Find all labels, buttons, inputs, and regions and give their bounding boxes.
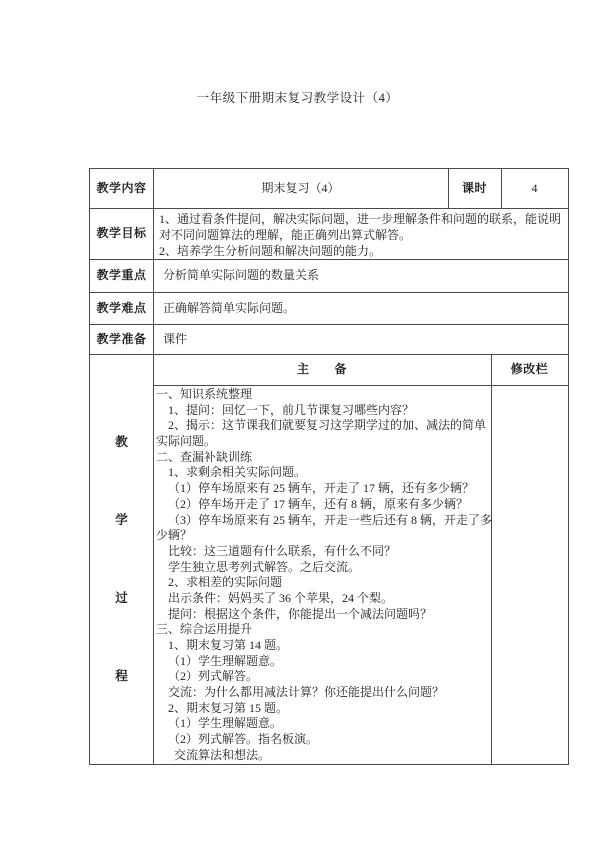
process-line: 1、提问：回忆一下，前几节课复习哪些内容？ bbox=[156, 403, 489, 419]
teaching-goal-label: 教学目标 bbox=[90, 208, 153, 259]
teaching-focus-label: 教学重点 bbox=[90, 259, 153, 292]
process-line: （2）停车场开走了 17 辆车，还有 8 辆，原来有多少辆？ bbox=[156, 497, 489, 513]
goal-line: 2、培养学生分析问题和解决问题的能力。 bbox=[159, 243, 566, 259]
process-line: 2、揭示：这节课我们就要复习这学期学过的加、减法的简单 bbox=[156, 418, 489, 434]
process-side-char: 程 bbox=[115, 670, 128, 683]
main-prep-header: 主 备 bbox=[153, 354, 491, 385]
teaching-process-side-label: 教学过程 bbox=[90, 354, 153, 764]
teaching-process-content: 一、知识系统整理1、提问：回忆一下，前几节课复习哪些内容？2、揭示：这节课我们就… bbox=[153, 385, 491, 764]
process-line: 1、求剩余相关实际问题。 bbox=[156, 465, 489, 481]
process-line: 2、期末复习第 15 题。 bbox=[156, 701, 489, 717]
process-side-char: 过 bbox=[115, 592, 128, 605]
process-line: 提问：根据这个条件，你能提出一个减法问题吗？ bbox=[156, 607, 489, 623]
teaching-focus-content: 分析简单实际问题的数量关系 bbox=[153, 259, 568, 292]
goal-line: 1、通过看条件提问，解决实际问题，进一步理解条件和问题的联系，能说明 bbox=[159, 211, 566, 227]
process-line: （2）列式解答。指名板演。 bbox=[156, 732, 489, 748]
process-line: 交流算法和想法。 bbox=[156, 748, 489, 764]
process-line: 学生独立思考列式解答。之后交流。 bbox=[156, 560, 489, 576]
revision-column-header: 修改栏 bbox=[491, 354, 568, 385]
process-line: 二、查漏补缺训练 bbox=[156, 450, 489, 466]
process-line: （1）学生理解题意。 bbox=[156, 654, 489, 670]
teaching-preparation-content: 课件 bbox=[153, 324, 568, 354]
process-line: 少辆？ bbox=[156, 528, 489, 544]
teaching-content-value: 期末复习（4） bbox=[153, 169, 448, 208]
process-line: （3）停车场原来有 25 辆车，开走一些后还有 8 辆，开走了多 bbox=[156, 513, 489, 529]
teaching-goal-content: 1、通过看条件提问，解决实际问题，进一步理解条件和问题的联系，能说明对不同问题算… bbox=[153, 208, 568, 259]
process-line: 三、综合运用提升 bbox=[156, 622, 489, 638]
goal-line: 对不同问题算法的理解，能正确列出算式解答。 bbox=[159, 227, 566, 243]
process-line: （2）列式解答。 bbox=[156, 669, 489, 685]
teaching-difficulty-content: 正确解答简单实际问题。 bbox=[153, 292, 568, 324]
process-line: 1、期末复习第 14 题。 bbox=[156, 638, 489, 654]
teaching-content-label: 教学内容 bbox=[90, 169, 153, 208]
page-title: 一年级下册期末复习教学设计（4） bbox=[0, 88, 595, 106]
process-line: （1）停车场原来有 25 辆车，开走了 17 辆，还有多少辆？ bbox=[156, 481, 489, 497]
process-side-char: 教 bbox=[115, 436, 128, 449]
process-line: 2、求相差的实际问题 bbox=[156, 575, 489, 591]
process-line: 实际问题。 bbox=[156, 434, 489, 450]
process-line: 交流：为什么都用减法计算？你还能提出什么问题？ bbox=[156, 685, 489, 701]
process-line: 出示条件：妈妈买了 36 个苹果，24 个梨。 bbox=[156, 591, 489, 607]
class-hours-label: 课时 bbox=[448, 169, 501, 208]
process-line: 一、知识系统整理 bbox=[156, 387, 489, 403]
revision-column-body bbox=[491, 385, 568, 764]
teaching-difficulty-label: 教学难点 bbox=[90, 292, 153, 324]
process-line: 比较：这三道题有什么联系，有什么不同？ bbox=[156, 544, 489, 560]
class-hours-value: 4 bbox=[501, 169, 568, 208]
lesson-plan-table: 教学内容 期末复习（4） 课时 4 教学目标 1、通过看条件提问，解决实际问题，… bbox=[89, 168, 569, 765]
process-side-char: 学 bbox=[115, 514, 128, 527]
document-page: 一年级下册期末复习教学设计（4） 教学内容 期末复习（4） 课时 4 教学目标 … bbox=[0, 0, 595, 842]
process-line: （1）学生理解题意。 bbox=[156, 716, 489, 732]
teaching-preparation-label: 教学准备 bbox=[90, 324, 153, 354]
